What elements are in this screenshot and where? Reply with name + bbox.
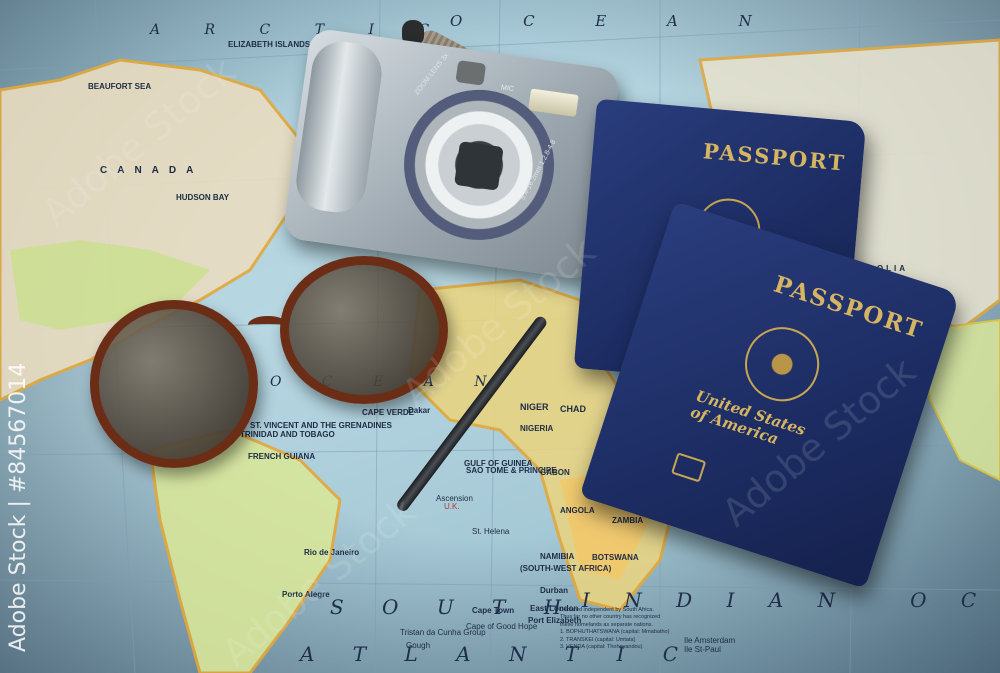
map-label: Gough xyxy=(406,641,430,650)
map-label: Rio de Janeiro xyxy=(304,548,359,557)
map-label: CANADA xyxy=(100,165,203,176)
note-line: 1. BOPHUTHATSWANA (capital: Mmabatho) xyxy=(560,629,669,636)
glasses-bridge xyxy=(248,316,288,334)
map-label: U.K. xyxy=(444,502,460,511)
passport-title: PASSPORT xyxy=(702,138,847,175)
map-label: HUDSON BAY xyxy=(176,193,229,202)
map-label: NIGERIA xyxy=(520,424,553,433)
map-label: St. Helena xyxy=(472,527,509,536)
eagle-seal-icon xyxy=(735,318,828,411)
note-line: these homelands as separate nations. xyxy=(560,622,669,629)
note-line: 2. TRANSKEI (capital: Umtata) xyxy=(560,637,669,644)
lens-icon xyxy=(454,141,504,191)
note-line: 3. VENDA (capital: Thohoyandou) xyxy=(560,644,669,651)
map-label: GABON xyxy=(540,468,570,477)
viewfinder xyxy=(455,60,486,86)
map-label: CHAD xyxy=(560,404,586,414)
map-label: Ile Amsterdam xyxy=(684,636,735,645)
arctic-ocean-label: O C E A N xyxy=(450,12,780,30)
map-label: BEAUFORT SEA xyxy=(88,82,151,91)
note-line: Thus far no other country has recognized xyxy=(560,614,669,621)
map-label: BOTSWANA xyxy=(592,553,639,562)
map-label: (SOUTH-WEST AFRICA) xyxy=(520,564,611,573)
stock-watermark: Adobe Stock | #84567014 xyxy=(6,363,31,652)
map-label: NAMIBIA xyxy=(540,552,574,561)
map-label: Ile St-Paul xyxy=(684,645,721,654)
homelands-note: Declared independent by South Africa. Th… xyxy=(560,607,669,652)
map-label: Durban xyxy=(540,586,568,595)
map-label: NIGER xyxy=(520,402,549,412)
right-lens xyxy=(280,256,448,404)
map-label: Cape Town xyxy=(472,606,514,615)
map-label: ANGOLA xyxy=(560,506,595,515)
note-line: Declared independent by South Africa. xyxy=(560,607,669,614)
left-lens xyxy=(90,300,258,468)
compact-camera: MIC 5.4-16.2mm 1:2.8-4.8 ZOOM LENS 3x xyxy=(282,17,622,280)
map-label: Cape of Good Hope xyxy=(466,622,537,631)
map-label: ELIZABETH ISLANDS xyxy=(228,40,310,49)
map-label: Porto Alegre xyxy=(282,590,330,599)
biometric-chip-icon xyxy=(671,452,706,482)
map-label: ZAMBIA xyxy=(612,516,643,525)
map-background: A R C T I C O C E A N O C E A N S O U T … xyxy=(0,0,1000,673)
sunglasses xyxy=(80,250,450,460)
